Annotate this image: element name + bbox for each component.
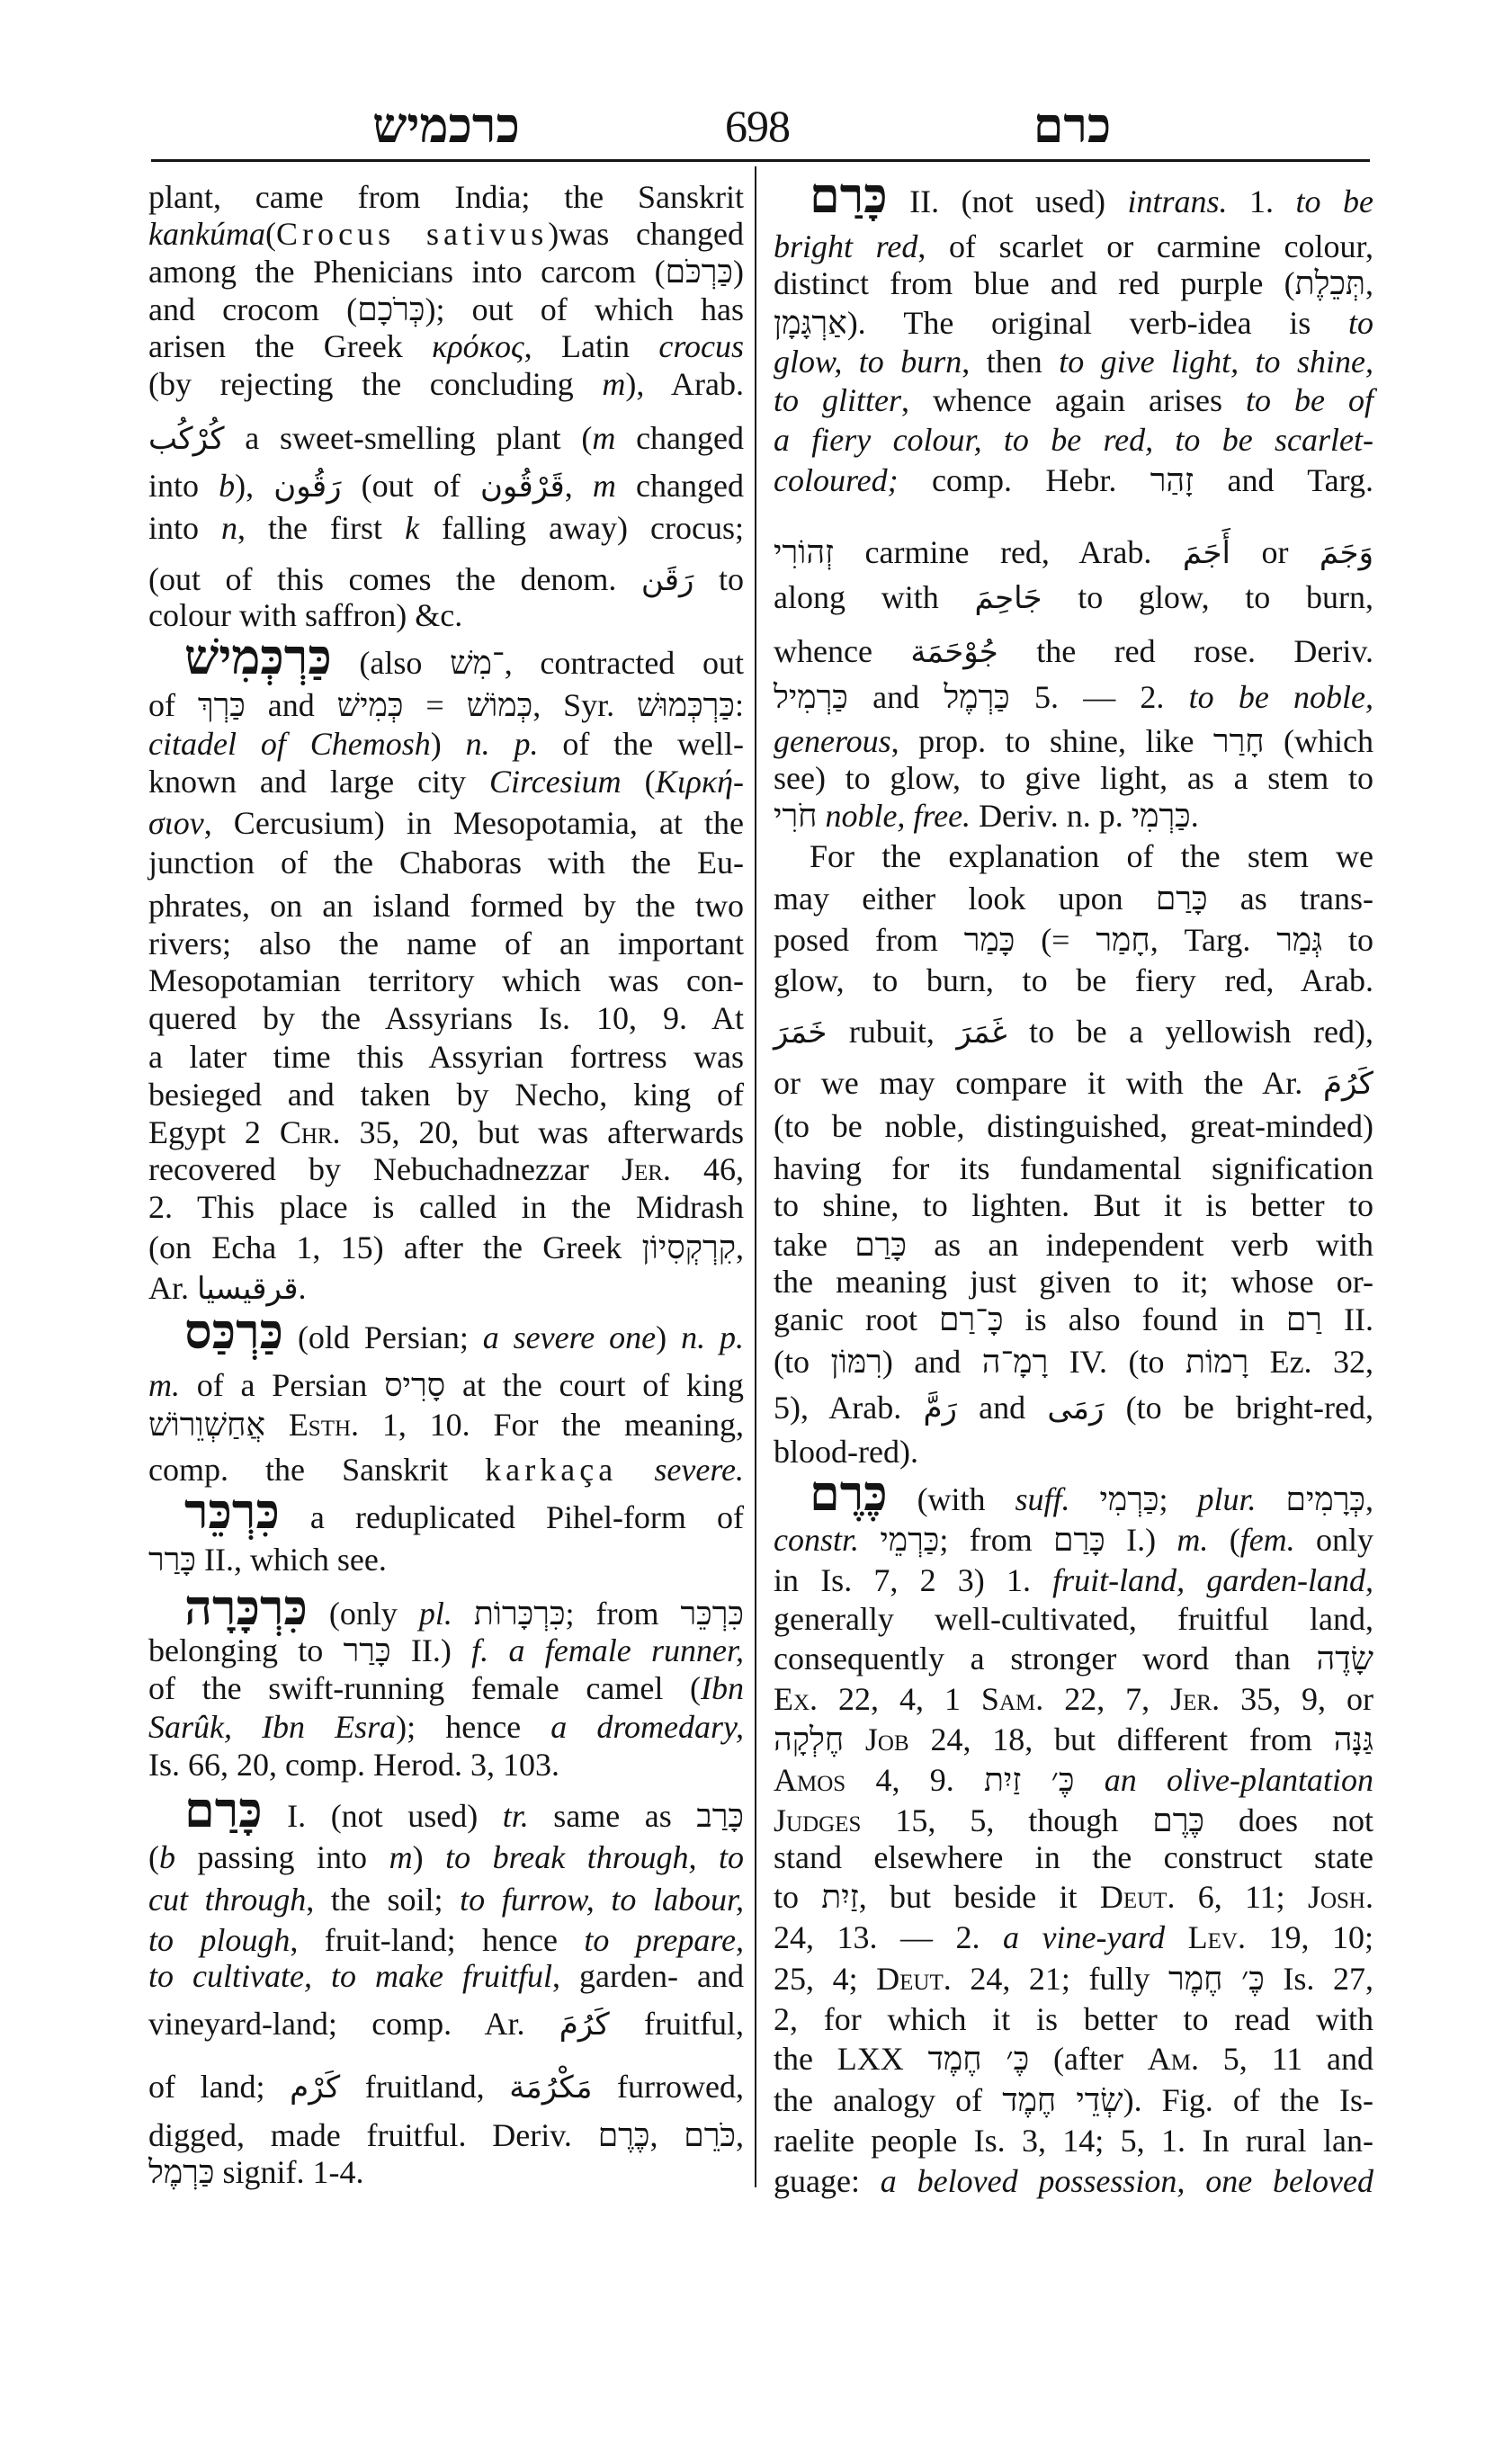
hebrew-word: כַּרְמִיל	[774, 679, 848, 715]
line-text: into	[148, 510, 221, 546]
line-text: the LXX	[774, 2041, 928, 2077]
scripture-reference: Job	[865, 1721, 909, 1757]
line-text: and	[246, 687, 337, 723]
scripture-reference: Am.	[1148, 2041, 1199, 2077]
italic-text: cut through	[148, 1882, 306, 1918]
hebrew-word: כָּרַם	[1053, 1522, 1105, 1558]
hebrew-word: חָרַר	[1213, 723, 1265, 759]
italic-text: kankúma	[148, 216, 265, 252]
line-text: (	[1208, 1522, 1239, 1558]
italic-text: k	[405, 510, 419, 546]
arabic-word: رَمَّ	[923, 1390, 956, 1426]
line-text: )	[413, 1839, 446, 1875]
line-text: ; from	[566, 1596, 681, 1632]
right-column-line: generally well-cultivated, fruitful land…	[774, 1600, 1373, 1638]
line-text: to glow, to burn,	[1042, 579, 1373, 615]
line-text: ,	[736, 2117, 744, 2153]
hebrew-word: כֹּרֵם	[684, 2117, 736, 2153]
left-column-line: (on Echa 1, 15) after the Greek קִרְקְסִ…	[148, 1229, 744, 1266]
hebrew-word: כֶּ׳ חֶמֶר	[1168, 1961, 1265, 1997]
italic-text: generous	[774, 723, 891, 759]
italic-text: to furrow, to labour,	[460, 1882, 744, 1918]
line-text: take	[774, 1227, 854, 1263]
line-text: or we may compare it with the Ar.	[774, 1065, 1323, 1101]
line-text: ); out of which has	[425, 291, 744, 327]
line-text: , the soil;	[306, 1882, 460, 1918]
arabic-word: قَرْقُون	[480, 469, 565, 505]
left-column-line: digged, made fruitful. Deriv. כֶּרֶם, כֹ…	[148, 2116, 744, 2154]
line-text: blood-red).	[774, 1434, 918, 1470]
arabic-word: جُوْحَمَة	[910, 634, 998, 670]
left-column-line: kankúma(Crocus sativus)was changed	[148, 215, 744, 253]
right-column-line: خَمَرَ rubuit, غَمَرَ to be a yellowish …	[774, 1013, 1373, 1051]
italic-text: n. p.	[466, 726, 539, 762]
line-text: ). The original verb-idea is	[847, 305, 1348, 341]
line-text: of the well-	[538, 726, 744, 762]
left-column-line: quered by the Assyrians Is. 10, 9. At	[148, 999, 744, 1037]
left-column-line: Is. 66, 20, comp. Herod. 3, 103.	[148, 1746, 744, 1784]
hebrew-word: כִּרְכָּרוֹת	[474, 1596, 566, 1632]
line-text: of a Persian	[180, 1367, 384, 1403]
line-text: 24, 18, but different from	[909, 1721, 1334, 1757]
right-column-line: whence جُوْحَمَة the red rose. Deriv.	[774, 632, 1373, 670]
hebrew-word: רַם	[1286, 1301, 1322, 1337]
left-column-line: 2. This place is called in the Midrash	[148, 1188, 744, 1226]
line-text: (on Echa 1, 15) after the Greek	[148, 1229, 641, 1265]
line-text: Ar.	[148, 1270, 197, 1306]
left-column-line: into b), رَقُون (out of قَرْقُون, m chan…	[148, 467, 744, 505]
line-text: 4, 9.	[845, 1762, 984, 1798]
line-text: to be a yellowish red),	[1007, 1014, 1373, 1050]
right-column-line: (to be noble, distinguished, great-minde…	[774, 1107, 1373, 1145]
right-column-line: חֹרִי noble, free. Deriv. n. p. כַּרְמִי…	[774, 797, 1373, 835]
line-text: 19, 10;	[1246, 1919, 1373, 1955]
line-text: , of scarlet or carmine colour,	[917, 228, 1373, 264]
line-text: fruitful,	[610, 2006, 744, 2042]
right-column-line: take כָּרַם as an independent verb with	[774, 1226, 1373, 1264]
italic-text: Circesium	[489, 764, 622, 800]
scripture-reference: Judges	[774, 1802, 861, 1838]
line-text: glow, to burn, to be fiery red, Arab.	[774, 962, 1373, 998]
entry-headword: כַּרְכְּמִישׁ	[184, 630, 332, 684]
line-text: 5. — 2.	[1010, 679, 1189, 715]
italic-text: to break through, to	[445, 1839, 744, 1875]
left-column-line: σιον, Cercusium) in Mesopotamia, at the	[148, 804, 744, 842]
line-text: .	[1191, 798, 1199, 834]
spaced-text: karkaça	[485, 1452, 617, 1488]
italic-text: m	[593, 468, 616, 504]
left-column-line: rivers; also the name of an important	[148, 925, 744, 962]
line-text: (	[265, 216, 276, 252]
line-text: , contracted out	[505, 645, 744, 681]
line-text: =	[404, 687, 467, 723]
right-column-line: or we may compare it with the Ar. كَرُمَ	[774, 1064, 1373, 1102]
hebrew-word: רִמּוֹן	[830, 1344, 881, 1380]
right-column-line: coloured; comp. Hebr. זָהַר and Targ.	[774, 461, 1373, 499]
line-text: comp. the Sanskrit	[148, 1452, 485, 1488]
left-column-line: phrates, on an island formed by the two	[148, 887, 744, 925]
line-text: Is. 27,	[1265, 1961, 1373, 1997]
hebrew-word: כְּמִישׁ	[337, 687, 404, 723]
italic-text: plur.	[1198, 1481, 1257, 1517]
right-column-line: guage: a beloved possession, one beloved	[774, 2162, 1373, 2200]
italic-text: Sarûk, Ibn Esra	[148, 1709, 396, 1745]
arabic-word: خَمَرَ	[774, 1015, 827, 1051]
line-text: whence	[774, 633, 910, 669]
line-text: 24, 13. — 2.	[774, 1919, 1003, 1955]
page-number-box: 698	[712, 99, 802, 153]
arabic-word: كَرُمَ	[559, 2007, 610, 2043]
hebrew-word: זָהַר	[1150, 462, 1194, 498]
right-column-line: raelite people Is. 3, 14; 5, 1. In rural…	[774, 2122, 1373, 2159]
line-text: (only	[308, 1596, 419, 1632]
hebrew-word: כִּרְכֵּר	[680, 1596, 744, 1632]
scripture-reference: Deut.	[876, 1961, 952, 1997]
hebrew-word: כֶּרֶם	[598, 2117, 650, 2153]
right-column-line: 25, 4; Deut. 24, 21; fully כֶּ׳ חֶמֶר Is…	[774, 1960, 1373, 1998]
line-text: 25, 4;	[774, 1961, 876, 1997]
italic-text: f. a female runner,	[471, 1632, 744, 1668]
scripture-reference: Chr.	[280, 1114, 341, 1150]
arabic-word: رَقُون	[273, 469, 341, 505]
line-text: , Syr.	[532, 687, 637, 723]
hebrew-word: סָרִיס	[384, 1367, 445, 1403]
hebrew-word: קִרְקְסִיוֹן	[641, 1229, 736, 1265]
line-text: IV. (to	[1048, 1344, 1185, 1380]
arabic-word: قرقيسيا	[197, 1271, 298, 1307]
line-text: furrowed,	[592, 2069, 744, 2105]
line-text: of land;	[148, 2069, 290, 2105]
right-column-line: a fiery colour, to be red, to be scarlet…	[774, 421, 1373, 459]
right-column-line: 5), Arab. رَمَّ and رَمَى (to be bright-…	[774, 1389, 1373, 1426]
dictionary-page: כרכמיש 698 כרם plant, came from India; t…	[0, 0, 1512, 2450]
scripture-reference: Amos	[774, 1762, 845, 1798]
left-column-line: כָּרַם I. (not used) tr. same as כָּרַב	[148, 1797, 744, 1835]
line-text: ganic root	[774, 1301, 939, 1337]
italic-text: to be of	[1246, 382, 1373, 418]
italic-text: to prepare,	[584, 1922, 744, 1958]
line-text: comp. Hebr.	[899, 462, 1150, 498]
line-text: posed from	[774, 922, 964, 958]
italic-text: glow, to burn	[774, 344, 962, 380]
line-text: belonging to	[148, 1632, 344, 1668]
italic-text: m.	[1176, 1522, 1208, 1558]
line-text: II. (not used)	[888, 183, 1128, 219]
line-text: plant, came from India; the Sanskrit	[148, 179, 744, 215]
column-divider	[755, 166, 756, 2187]
hebrew-word: תְּכֵלֶת	[1295, 265, 1365, 301]
italic-text: m	[602, 366, 625, 402]
line-text: and	[957, 1390, 1047, 1426]
line-text: same as	[529, 1798, 697, 1834]
right-column-line: glow, to burn, then to give light, to sh…	[774, 343, 1373, 380]
scripture-reference: Jer.	[622, 1151, 671, 1187]
line-text: generally well-cultivated, fruitful land…	[774, 1601, 1373, 1637]
line-text: 15, 5, though	[861, 1802, 1152, 1838]
scripture-reference: Ex.	[774, 1681, 818, 1717]
left-column-line: כִּרְכֵּר a reduplicated Pihel-form of	[148, 1498, 744, 1536]
right-column-line: may either look upon כָּרַם as trans-	[774, 880, 1373, 917]
right-column-line: the LXX כֶּ׳ חֶמֶד (after Am. 5, 11 and	[774, 2040, 1373, 2078]
arabic-word: أَجَمَ	[1183, 535, 1230, 571]
right-column-line: 2, for which it is better to read with	[774, 2000, 1373, 2038]
line-text	[844, 1721, 865, 1757]
line-text: see) to glow, to give light, as a stem t…	[774, 760, 1373, 796]
italic-text: to glitter	[774, 382, 901, 418]
entry-headword: כִּרְכֵּר	[184, 1485, 280, 1539]
line-text: Deriv. n. p.	[971, 798, 1132, 834]
catchword-root: כרם	[1033, 99, 1112, 153]
right-column-line: the analogy of שְׂדֵי חֶמֶד). Fig. of th…	[774, 2081, 1373, 2119]
arabic-word: رَمَى	[1047, 1390, 1104, 1426]
italic-text: coloured;	[774, 462, 899, 498]
line-text: besieged and taken by Necho, king of	[148, 1077, 744, 1113]
line-text: ), Arab.	[625, 366, 744, 402]
italic-text: n. p.	[681, 1319, 744, 1355]
line-text: a sweet-smelling plant (	[225, 420, 593, 456]
right-column-line: to זַיִת, but beside it Deut. 6, 11; Jos…	[774, 1878, 1373, 1916]
line-text: ) and	[882, 1344, 982, 1380]
right-column-line: אַרְגָּמָן). The original verb-idea is t…	[774, 304, 1373, 342]
right-column-line: see) to glow, to give light, as a stem t…	[774, 759, 1373, 797]
line-text: (which	[1265, 723, 1373, 759]
greek-word: κρόκος	[432, 328, 523, 364]
line-text: known and large city	[148, 764, 489, 800]
right-column-line: posed from כָּמַר (= חָמַר, Targ. גְּמַר…	[774, 921, 1373, 959]
entry-headword: כָּרַם	[810, 169, 888, 223]
line-text: in Is. 7, 2 3) 1.	[774, 1562, 1052, 1598]
line-text: (with	[888, 1481, 1015, 1517]
italic-text: citadel of Chemosh	[148, 726, 431, 762]
left-column-line: vineyard-land; comp. Ar. كَرُمَ fruitful…	[148, 2005, 744, 2043]
line-text: passing into	[175, 1839, 389, 1875]
line-text	[1075, 1762, 1105, 1798]
left-column-line: Egypt 2 Chr. 35, 20, but was afterwards	[148, 1113, 744, 1151]
arabic-word: كُرْكُب	[148, 421, 225, 457]
line-text: may either look upon	[774, 881, 1156, 917]
line-text: fruitland,	[340, 2069, 509, 2105]
left-column-line: כַּרְכְּמִישׁ (also ־מִשׁ, contracted ou…	[148, 644, 744, 682]
line-text: ,	[1365, 265, 1373, 301]
left-column-line: junction of the Chaboras with the Eu-	[148, 844, 744, 881]
left-column-line: to plough, fruit-land; hence to prepare,	[148, 1921, 744, 1959]
left-column-line: כָּרַר II., which see.	[148, 1541, 744, 1578]
line-text: carmine red, Arab.	[834, 534, 1183, 570]
line-text: (after	[1029, 2041, 1148, 2077]
left-column-line: (by rejecting the concluding m), Arab.	[148, 365, 744, 403]
arabic-word: مَكْرُمَة	[509, 2070, 592, 2106]
right-column-line: bright red, of scarlet or carmine colour…	[774, 228, 1373, 265]
italic-text: severe.	[654, 1452, 744, 1488]
right-column-line: in Is. 7, 2 3) 1. fruit-land, garden-lan…	[774, 1561, 1373, 1599]
hebrew-word: גְּמַר	[1276, 922, 1322, 958]
line-text: changed	[615, 420, 744, 456]
right-column-line: ganic root כָּ־רַם is also found in רַם …	[774, 1301, 1373, 1338]
left-column-line: (out of this comes the denom. رَقَن to	[148, 560, 744, 598]
hebrew-word: אַרְגָּמָן	[774, 305, 847, 341]
italic-text: to be noble,	[1189, 679, 1373, 715]
line-text: as trans-	[1208, 881, 1373, 917]
line-text: ,	[649, 2117, 684, 2153]
left-column-line: to cultivate, to make fruitful, garden- …	[148, 1957, 744, 1995]
left-column-line: besieged and taken by Necho, king of	[148, 1076, 744, 1113]
right-column-line: constr. כַּרְמֵי; from כָּרַם I.) m. (fe…	[774, 1521, 1373, 1559]
entry-headword: כֶּרֶם	[810, 1467, 888, 1521]
line-text: , the first	[237, 510, 405, 546]
left-column-line: כַּרְמֶל signif. 1-4.	[148, 2153, 744, 2191]
italic-text: b	[219, 468, 235, 504]
hebrew-word: כָּמַר	[964, 922, 1015, 958]
line-text: phrates, on an island formed by the two	[148, 888, 744, 924]
line-text: (out of this comes the denom.	[148, 561, 641, 597]
italic-text: a severe one	[483, 1319, 656, 1355]
line-text: , but beside it	[859, 1879, 1100, 1915]
scripture-reference: Jer.	[1170, 1681, 1220, 1717]
hebrew-word: כָּרַם	[1156, 881, 1208, 917]
line-text: 2, for which it is better to read with	[774, 2001, 1373, 2037]
line-text: 5, 11 and	[1199, 2041, 1373, 2077]
hebrew-word: כַּרְךְ	[198, 687, 246, 723]
line-text: recovered by Nebuchadnezzar	[148, 1151, 622, 1187]
line-text: stand elsewhere in the construct state	[774, 1839, 1373, 1875]
left-column-line: m. of a Persian סָרִיס at the court of k…	[148, 1366, 744, 1404]
line-text: to	[693, 561, 744, 597]
line-text: (old Persian;	[283, 1319, 483, 1355]
line-text: distinct from blue and red purple (	[774, 265, 1295, 301]
left-column-line: comp. the Sanskrit karkaça severe.	[148, 1451, 744, 1489]
italic-text: intrans.	[1128, 183, 1228, 219]
hebrew-word: כַּרְמִי	[1099, 1481, 1159, 1517]
line-text: , garden- and	[552, 1958, 744, 1994]
arabic-word: وَجَمَ	[1320, 535, 1373, 571]
left-column-line: Mesopotamian territory which was con-	[148, 961, 744, 999]
italic-text: to cultivate, to make fruitful	[148, 1958, 552, 1994]
line-text: a reduplicated Pihel-form of	[280, 1499, 744, 1535]
left-column-line: and crocom (כְּרֹכָם); out of which has	[148, 291, 744, 328]
line-text: II., which see.	[196, 1542, 387, 1578]
scripture-reference: Josh.	[1308, 1879, 1373, 1915]
right-column-line: consequently a stronger word than שָׂדֶה	[774, 1640, 1373, 1677]
line-text: II.)	[391, 1632, 472, 1668]
hebrew-word: כֶּרֶם	[1152, 1802, 1204, 1838]
line-text: into	[148, 468, 219, 504]
line-text: 1, 10. For the meaning,	[359, 1407, 744, 1443]
line-text: along with	[774, 579, 974, 615]
italic-text: m.	[148, 1367, 180, 1403]
left-column-line: כִּרְכָּרָה (only pl. כִּרְכָּרוֹת; from…	[148, 1595, 744, 1632]
hebrew-word: שָׂדֶה	[1316, 1641, 1373, 1677]
hebrew-word: כְּרָמִים	[1285, 1481, 1365, 1517]
line-text: 22, 4, 1	[818, 1681, 981, 1717]
line-text: falling away) crocus;	[419, 510, 744, 546]
scripture-reference: Sam.	[981, 1681, 1043, 1717]
line-text: consequently a stronger word than	[774, 1641, 1316, 1677]
line-text: or	[1230, 534, 1320, 570]
right-column-line: distinct from blue and red purple (תְּכֵ…	[774, 264, 1373, 302]
line-text: (to	[774, 1344, 830, 1380]
scripture-reference: Esth.	[289, 1407, 359, 1443]
line-text: ;	[1159, 1481, 1198, 1517]
left-column-line: cut through, the soil; to furrow, to lab…	[148, 1881, 744, 1918]
line-text: ,	[565, 468, 593, 504]
right-column-line: the meaning just given to it; whose or-	[774, 1263, 1373, 1301]
hebrew-word: כַּרְמֶל	[148, 2154, 214, 2190]
line-text: I. (not used)	[263, 1798, 503, 1834]
italic-text: to be	[1296, 183, 1373, 219]
line-text: as an independent verb with	[907, 1227, 1373, 1263]
hebrew-word: כָּרַר	[344, 1632, 391, 1668]
hebrew-word: כֶּ׳ זַיִת	[984, 1762, 1075, 1798]
line-text: , Cercusium) in Mesopotamia, at the	[204, 805, 744, 841]
line-text: arisen the Greek	[148, 328, 432, 364]
left-column-line: known and large city Circesium (Κιρκή-	[148, 763, 744, 800]
left-column-line: (b passing into m) to break through, to	[148, 1838, 744, 1876]
line-text: and Targ.	[1194, 462, 1373, 498]
line-text: )was changed	[548, 216, 744, 252]
arabic-word: رَقَن	[641, 562, 694, 598]
line-text: ,	[1365, 1481, 1373, 1517]
line-text: 6, 11;	[1175, 1879, 1308, 1915]
line-text: 1.	[1228, 183, 1296, 219]
hebrew-word: כָּרַר	[148, 1542, 196, 1578]
italic-text: noble, free.	[825, 798, 971, 834]
line-text: (	[622, 764, 656, 800]
line-text: ; from	[939, 1522, 1053, 1558]
line-text: ,	[736, 1229, 744, 1265]
line-text: , whence again arises	[901, 382, 1246, 418]
page-number: 698	[725, 101, 790, 151]
right-column-line: generous, prop. to shine, like חָרַר (wh…	[774, 722, 1373, 760]
line-text: )	[431, 726, 466, 762]
line-text	[452, 1596, 474, 1632]
italic-text: fem.	[1240, 1522, 1295, 1558]
line-text: digged, made fruitful. Deriv.	[148, 2117, 598, 2153]
italic-text: to give light, to shine,	[1059, 344, 1373, 380]
italic-text: a beloved possession, one beloved	[881, 2163, 1373, 2199]
line-text: Egypt 2	[148, 1114, 280, 1150]
line-text: vineyard-land; comp. Ar.	[148, 2006, 559, 2042]
italic-text: m	[592, 420, 615, 456]
line-text: )	[656, 1319, 681, 1355]
line-text	[859, 1522, 880, 1558]
right-column-line: Amos 4, 9. כֶּ׳ זַיִת an olive-plantatio…	[774, 1761, 1373, 1799]
line-text: , fruit-land; hence	[290, 1922, 584, 1958]
right-column-line: to glitter, whence again arises to be of	[774, 381, 1373, 419]
line-text: to shine, to lighten. But it is better t…	[774, 1187, 1373, 1223]
italic-text: fruit-land, garden-land,	[1052, 1562, 1373, 1598]
scripture-reference: Deut.	[1100, 1879, 1176, 1915]
header-rule	[151, 159, 1370, 162]
line-text	[617, 1452, 654, 1488]
line-text: (=	[1015, 922, 1096, 958]
italic-text: Ibn	[701, 1670, 744, 1706]
hebrew-word: חָמַר	[1096, 922, 1150, 958]
line-text: rivers; also the name of an important	[148, 925, 744, 961]
line-text: colour with saffron) &c.	[148, 597, 462, 633]
left-column-line: citadel of Chemosh) n. p. of the well-	[148, 725, 744, 763]
line-text	[1070, 1481, 1100, 1517]
right-column-line: along with جَاحِمَ to glow, to burn,	[774, 578, 1373, 616]
line-text: quered by the Assyrians Is. 10, 9. At	[148, 1000, 744, 1036]
line-text	[265, 1407, 289, 1443]
line-text: For the explanation of the stem we	[810, 838, 1373, 874]
hebrew-word: כַּרְכֹּם	[666, 254, 733, 290]
hebrew-word: אֲחַשְׁוֵרוֹשׁ	[148, 1407, 265, 1443]
line-text: having for its fundamental signification	[774, 1150, 1373, 1186]
italic-text: a fiery colour, to be red, to be scarlet…	[774, 422, 1373, 458]
hebrew-word: כְּרֹכָם	[357, 291, 425, 327]
right-column-line: כַּרְמִיל and כַּרְמֶל 5. — 2. to be nob…	[774, 678, 1373, 716]
